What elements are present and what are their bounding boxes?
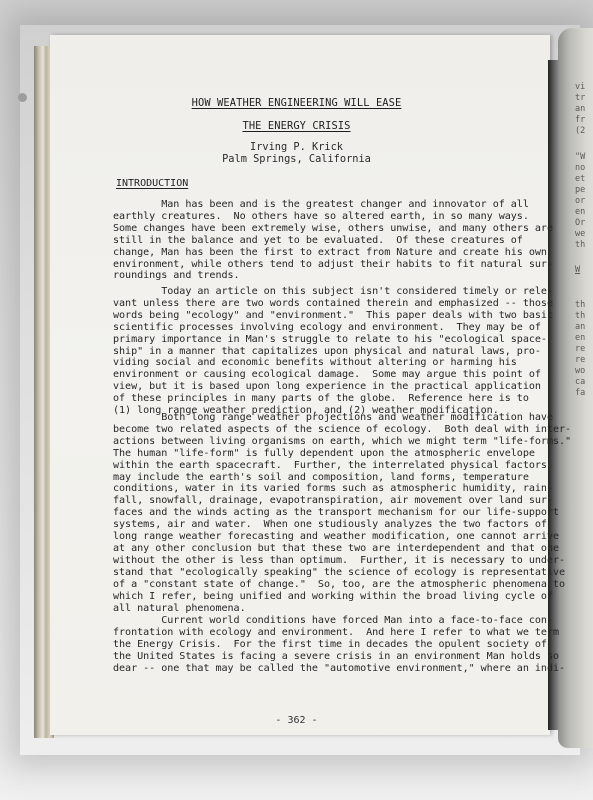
author-affiliation: Palm Springs, California — [0, 153, 593, 165]
facing-page-heading: W — [575, 265, 580, 276]
paragraph-2: Today an article on this subject isn't c… — [113, 286, 523, 417]
section-heading: INTRODUCTION — [116, 178, 188, 189]
page-number: - 362 - — [0, 715, 593, 726]
facing-page-text: vi tr an fr (2 — [575, 82, 585, 137]
facing-page-text: th th an en re re wo ca fa — [575, 300, 585, 399]
document-title-line2: THE ENERGY CRISIS — [0, 120, 593, 132]
paragraph-3: Both long range weather projections and … — [113, 412, 523, 614]
author-name: Irving P. Krick — [0, 141, 593, 153]
paragraph-1: Man has been and is the greatest changer… — [113, 199, 523, 282]
facing-page-text: "W no et pe or en Or we th — [575, 152, 585, 251]
paragraph-4: Current world conditions have forced Man… — [113, 615, 523, 675]
document-title-line1: HOW WEATHER ENGINEERING WILL EASE — [0, 97, 593, 109]
